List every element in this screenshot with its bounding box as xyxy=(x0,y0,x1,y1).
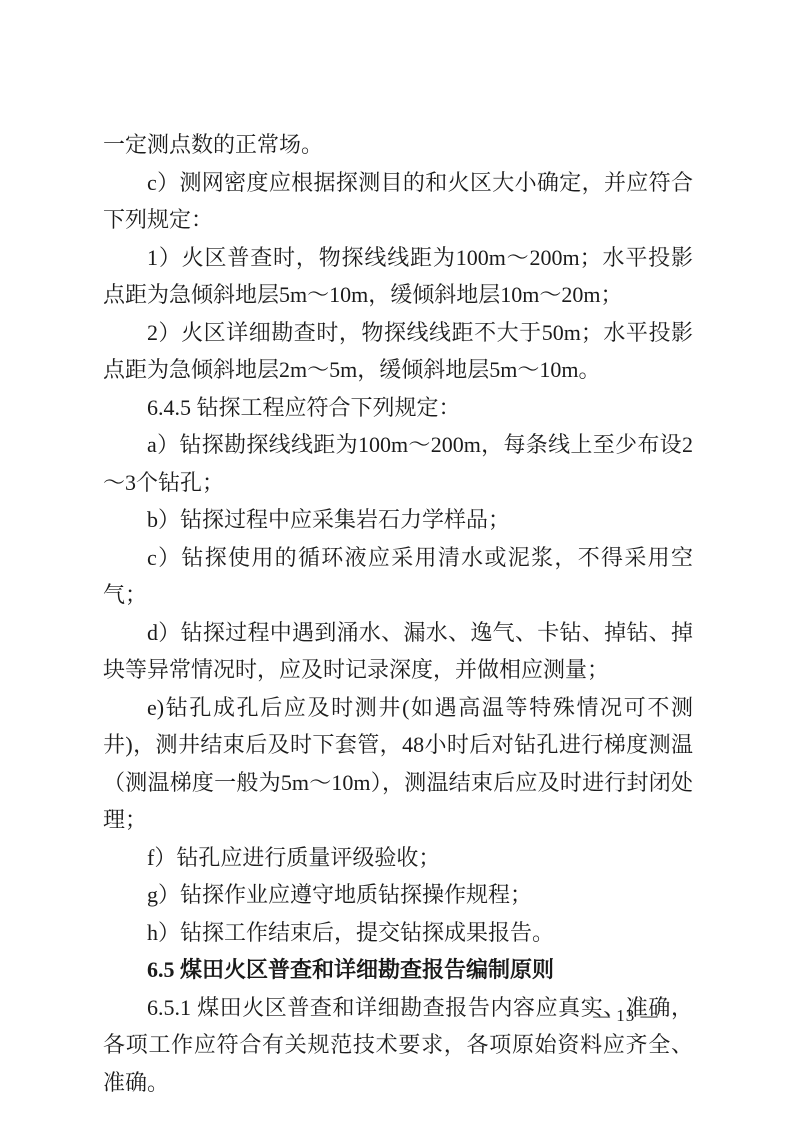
paragraph-item-1: 1）火区普查时，物探线线距为100m～200m；水平投影点距为急倾斜地层5m～1… xyxy=(103,239,693,314)
document-page: 一定测点数的正常场。 c）测网密度应根据探测目的和火区大小确定，并应符合下列规定… xyxy=(0,0,793,1122)
clause-6-4-5: 6.4.5 钻探工程应符合下列规定： xyxy=(103,389,693,427)
page-number: — 13 — xyxy=(593,1006,659,1026)
paragraph-item-e: e)钻孔成孔后应及时测井(如遇高温等特殊情况可不测井)，测井结束后及时下套管，4… xyxy=(103,689,693,839)
paragraph-item-c2: c）钻探使用的循环液应采用清水或泥浆，不得采用空气； xyxy=(103,539,693,614)
paragraph-item-f: f）钻孔应进行质量评级验收； xyxy=(103,839,693,877)
paragraph-item-c: c）测网密度应根据探测目的和火区大小确定，并应符合下列规定： xyxy=(103,164,693,239)
paragraph-item-g: g）钻探作业应遵守地质钻探操作规程； xyxy=(103,876,693,914)
paragraph-item-d: d）钻探过程中遇到涌水、漏水、逸气、卡钻、掉钻、掉块等异常情况时，应及时记录深度… xyxy=(103,614,693,689)
document-body: 一定测点数的正常场。 c）测网密度应根据探测目的和火区大小确定，并应符合下列规定… xyxy=(103,126,693,1101)
paragraph-item-2: 2）火区详细勘查时，物探线线距不大于50m；水平投影点距为急倾斜地层2m～5m，… xyxy=(103,314,693,389)
paragraph-continuation: 一定测点数的正常场。 xyxy=(103,126,693,164)
section-heading-6-5: 6.5 煤田火区普查和详细勘查报告编制原则 xyxy=(103,951,693,989)
paragraph-item-a: a）钻探勘探线线距为100m～200m，每条线上至少布设2～3个钻孔； xyxy=(103,426,693,501)
paragraph-item-b: b）钻探过程中应采集岩石力学样品； xyxy=(103,501,693,539)
paragraph-item-h: h）钻探工作结束后，提交钻探成果报告。 xyxy=(103,914,693,952)
